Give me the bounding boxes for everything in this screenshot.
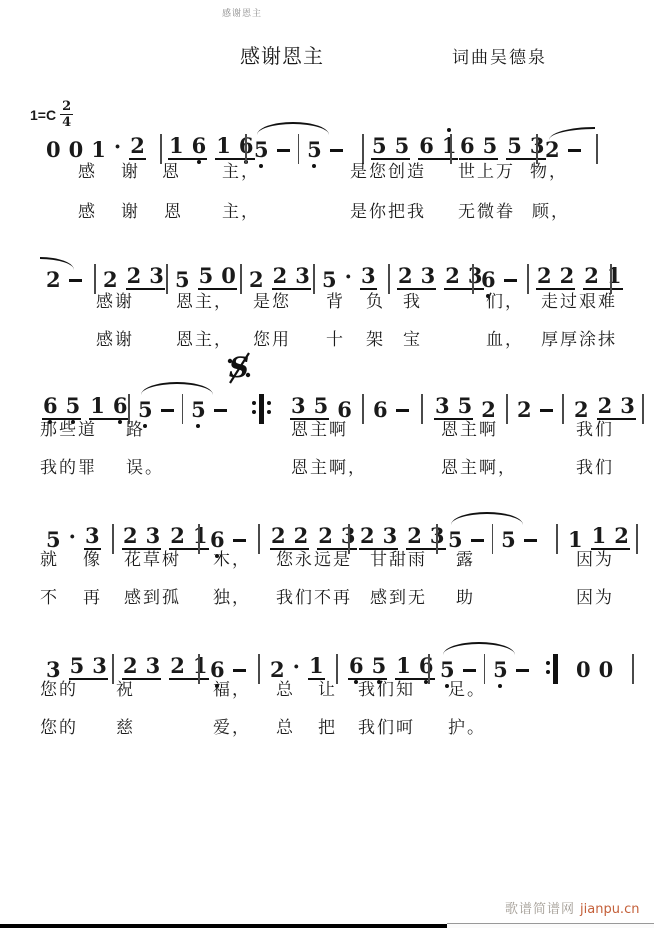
note: 5 (507, 135, 522, 156)
notes-group: 00 (576, 650, 613, 680)
note: 2 (127, 265, 142, 286)
tie-slur: 55 (448, 524, 537, 550)
barline (556, 524, 558, 554)
note: 0 (221, 265, 236, 286)
beamed-notes: 53 (69, 655, 108, 680)
notes-group (252, 390, 271, 420)
duration-dash (463, 669, 476, 672)
notes-group: 2323 (397, 260, 484, 290)
notes-group: 223 (103, 260, 165, 290)
lyric-word: 总 (276, 718, 295, 738)
beamed-notes: 35 (290, 395, 329, 420)
note: 2 (407, 525, 422, 546)
note: 3 (620, 395, 635, 416)
note: 2 (123, 655, 138, 676)
note: 2 (170, 525, 185, 546)
lyric-word: 恩主啊 (291, 420, 348, 440)
duration-dash (568, 149, 581, 152)
lyric-word: 您的 (40, 680, 78, 700)
note: 2 (271, 525, 286, 546)
beamed-notes: 23 (126, 265, 165, 290)
beamed-notes: 61 (418, 135, 457, 160)
barline (240, 264, 242, 294)
lyric-word: 无微眷 (458, 202, 515, 222)
barline (632, 654, 634, 684)
note: 5 (314, 395, 329, 416)
beamed-notes: 16 (215, 135, 254, 160)
barline (94, 264, 96, 294)
notes-group: 6516 (42, 390, 129, 420)
barline (258, 654, 260, 684)
note: 0 (576, 659, 591, 680)
beamed-notes: 21 (169, 525, 208, 550)
duration-dash (69, 279, 82, 282)
barline (596, 134, 598, 164)
notes-group (245, 130, 247, 160)
beamed-notes: 23 (272, 265, 311, 290)
note: 1 (193, 655, 208, 676)
notes-group (240, 260, 242, 290)
lyric-word: 露 (456, 550, 475, 570)
barline (198, 654, 200, 684)
lyric-word: 我的罪 (40, 458, 97, 478)
tie-slur: 55 (138, 394, 227, 420)
lyric-word: 您用 (253, 330, 291, 350)
notes-group (112, 650, 114, 680)
lyric-word: 误。 (126, 458, 164, 478)
note: 6 (481, 269, 496, 290)
notes-group: 2 (517, 390, 553, 420)
lyric-word: 您的 (40, 718, 78, 738)
lyric-word: 让 (318, 680, 337, 700)
note: 2 (584, 265, 599, 286)
lyric-word: 那些道 (40, 420, 97, 440)
barline (362, 394, 364, 424)
note: 1 (216, 135, 231, 156)
note: 3 (146, 655, 161, 676)
lyric-word: 谢 (121, 162, 140, 182)
note: 2 (294, 525, 309, 546)
note: 2 (545, 139, 560, 160)
notes-group: 5·3 (46, 520, 101, 550)
note: 2 (614, 525, 629, 546)
beamed-notes: 22 (536, 265, 575, 290)
lyric-word: 护。 (448, 718, 486, 738)
barline (536, 134, 538, 164)
note: 2 (270, 659, 285, 680)
repeat-dots (252, 401, 256, 414)
note: 2 (130, 135, 145, 156)
lyric-word: 走过艰难 (541, 292, 617, 312)
beamed-notes: 23 (359, 525, 398, 550)
barline (166, 264, 168, 294)
lyric-word: 祝 (116, 680, 135, 700)
lyric-word: 恩 (162, 162, 181, 182)
notes-group (128, 390, 130, 420)
notes-group (313, 260, 315, 290)
lyric-word: 我们知 (358, 680, 415, 700)
lyric-word: 把 (318, 718, 337, 738)
beamed-notes: 12 (591, 525, 630, 550)
duration-dash (214, 409, 227, 412)
site-name: 歌谱简谱网 (505, 902, 575, 917)
lyric-word: 是您创造 (350, 162, 426, 182)
repeat-end-sign (546, 654, 558, 680)
beamed-notes: 3 (84, 525, 101, 550)
note: 5 (70, 655, 85, 676)
note: 5 (483, 135, 498, 156)
lyric-word: 恩主啊 (441, 420, 498, 440)
notes-group (562, 390, 564, 420)
notes-group (450, 130, 452, 160)
lyric-word: 宝 (403, 330, 422, 350)
note: 5 (501, 529, 516, 550)
beamed-notes: 23 (122, 655, 161, 680)
notes-group: 6 (481, 260, 517, 290)
duration-dash (277, 149, 290, 152)
barline (112, 654, 114, 684)
note: 2 (103, 269, 118, 290)
lyric-word: 路 (126, 420, 145, 440)
beamed-notes: 21 (169, 655, 208, 680)
barline (421, 394, 423, 424)
meter-denominator: 4 (62, 115, 71, 129)
lyric-word: 我们 (576, 458, 614, 478)
notes-group (610, 260, 612, 290)
lyric-word: 谢 (121, 202, 140, 222)
note: 6 (113, 395, 128, 416)
note: 3 (46, 659, 61, 680)
lyric-word: 感 (78, 202, 97, 222)
lyric-word: 恩主， (176, 330, 233, 350)
lyric-word: 恩主啊， (441, 458, 517, 478)
composer-credit: 词曲吴德泉 (452, 43, 547, 68)
notes-group: 6553 (459, 130, 546, 160)
note: 5 (191, 399, 206, 420)
note: 2 (481, 399, 496, 420)
notes-group (348, 520, 350, 550)
note: 5 (448, 529, 463, 550)
duration-dash (233, 539, 246, 542)
barline (492, 524, 494, 554)
barline (362, 134, 364, 164)
note: 1 (568, 529, 583, 550)
lyric-word: 恩主， (176, 292, 233, 312)
lyric-word: 爱， (213, 718, 251, 738)
notes-group (112, 520, 114, 550)
note: 6 (349, 655, 364, 676)
beamed-notes: 16 (168, 135, 207, 160)
barline (160, 134, 162, 164)
note: 3 (295, 265, 310, 286)
beamed-notes: 50 (198, 265, 237, 290)
lyric-word: 感 (78, 162, 97, 182)
note: 1 (309, 655, 324, 676)
lyric-word: 像 (83, 550, 102, 570)
note: 6 (373, 399, 388, 420)
notes-group: 6 (373, 390, 409, 420)
notes-group (258, 650, 260, 680)
duration-dash (516, 669, 529, 672)
augmentation-dot: · (114, 136, 121, 157)
beamed-notes: 23 (397, 265, 436, 290)
notes-group (166, 260, 168, 290)
lyric-word: 您永远是 (276, 550, 352, 570)
barline (388, 264, 390, 294)
repeat-thick-bar (259, 394, 264, 424)
notes-group: 5·3 (322, 260, 377, 290)
lyric-word: 我们呵 (358, 718, 415, 738)
note: 3 (291, 395, 306, 416)
lyric-word: 总 (276, 680, 295, 700)
tie-slur: 55 (440, 654, 529, 680)
notes-group: 223 (249, 260, 311, 290)
barline (313, 264, 315, 294)
note: 2 (598, 395, 613, 416)
repeat-dots (267, 401, 271, 414)
lyric-word: 恩主啊， (291, 458, 367, 478)
notes-group: 6 (210, 520, 246, 550)
barline (472, 264, 474, 294)
notes-group (472, 260, 474, 290)
barline (610, 264, 612, 294)
lyric-word: 花草树 (124, 550, 181, 570)
note: 6 (460, 135, 475, 156)
notes-group (388, 260, 390, 290)
lyric-word: 主， (222, 162, 260, 182)
lyric-word: 感到孤 (124, 588, 181, 608)
notes-group: 2·1 (270, 650, 325, 680)
beamed-notes: 23 (444, 265, 483, 290)
note: 3 (421, 265, 436, 286)
segno-icon: S (226, 350, 252, 386)
note: 3 (383, 525, 398, 546)
note: 0 (599, 659, 614, 680)
bottom-divider-black (0, 924, 447, 928)
notes-group: 112 (568, 520, 630, 550)
beamed-notes: 16 (89, 395, 128, 420)
notes-group (527, 260, 529, 290)
beamed-notes: 35 (434, 395, 473, 420)
lyric-word: 感谢 (96, 292, 134, 312)
note: 2 (46, 269, 61, 290)
notes-group: 001·2 (46, 130, 146, 160)
site-link[interactable]: jianpu.cn (580, 902, 639, 917)
lyric-word: 再 (83, 588, 102, 608)
note: 2 (560, 265, 575, 286)
barline (636, 524, 638, 554)
notes-group (436, 520, 438, 550)
note: 3 (361, 265, 376, 286)
lyric-word: 们， (486, 292, 524, 312)
duration-dash (524, 539, 537, 542)
repeat-dots (546, 661, 550, 674)
barline (450, 134, 452, 164)
note: 6 (210, 659, 225, 680)
note: 2 (360, 525, 375, 546)
barline (428, 654, 430, 684)
duration-dash (396, 409, 409, 412)
notes-group (198, 520, 200, 550)
barline (506, 394, 508, 424)
note: 1 (592, 525, 607, 546)
notes-group (94, 260, 96, 290)
note: 3 (146, 525, 161, 546)
lyric-word: 背 (326, 292, 345, 312)
notes-group: 55 (448, 520, 537, 550)
tie-slur: 2 (46, 269, 82, 290)
beamed-notes: 65 (42, 395, 81, 420)
note: 2 (445, 265, 460, 286)
lyric-word: 因为 (576, 588, 614, 608)
note: 0 (69, 139, 84, 160)
note: 2 (318, 525, 333, 546)
note: 3 (435, 395, 450, 416)
lyric-word: 甘甜雨 (370, 550, 427, 570)
beamed-notes: 23 (406, 525, 445, 550)
note: 5 (307, 139, 322, 160)
augmentation-dot: · (69, 526, 76, 547)
note: 2 (537, 265, 552, 286)
beamed-notes: 23 (317, 525, 356, 550)
notes-group: 356 (290, 390, 352, 420)
note: 5 (458, 395, 473, 416)
repeat-start-sign (252, 394, 271, 420)
beamed-notes: 23 (597, 395, 636, 420)
lyric-word: 物， (530, 162, 568, 182)
lyric-word: 感谢 (96, 330, 134, 350)
note: 5 (46, 529, 61, 550)
lyric-word: 因为 (576, 550, 614, 570)
lyric-word: 独， (213, 588, 251, 608)
lyric-word: 顾， (532, 202, 570, 222)
notes-group: 2321 (122, 520, 209, 550)
note: 1 (396, 655, 411, 676)
barline (198, 524, 200, 554)
barline (436, 524, 438, 554)
beamed-notes: 65 (459, 135, 498, 160)
barline (562, 394, 564, 424)
notes-group: 353 (46, 650, 108, 680)
lyric-word: 是你把我 (350, 202, 426, 222)
notes-group (258, 520, 260, 550)
barline (527, 264, 529, 294)
duration-dash (504, 279, 517, 282)
notes-group (536, 130, 538, 160)
note: 2 (517, 399, 532, 420)
lyric-word: 厚厚涂抹 (541, 330, 617, 350)
notes-group (596, 130, 598, 160)
notes-group (632, 650, 634, 680)
notes-group (362, 130, 364, 160)
augmentation-dot: · (345, 266, 352, 287)
page-header-label: 感谢恩主 (222, 6, 262, 19)
note: 5 (322, 269, 337, 290)
barline (258, 524, 260, 554)
note: 5 (493, 659, 508, 680)
beamed-notes: 21 (583, 265, 622, 290)
note: 5 (138, 399, 153, 420)
note: 2 (273, 265, 288, 286)
beamed-notes: 65 (348, 655, 387, 680)
lyric-word: 是您 (253, 292, 291, 312)
note: 5 (175, 269, 190, 290)
notes-group: 55 (138, 390, 227, 420)
note: 3 (149, 265, 164, 286)
lyric-word: 就 (40, 550, 59, 570)
notes-group: 2323 (359, 520, 446, 550)
note: 6 (192, 135, 207, 156)
lyric-word: 我 (403, 292, 422, 312)
notes-group: 6516 (348, 650, 435, 680)
duration-dash (330, 149, 343, 152)
lyric-word: 慈 (116, 718, 135, 738)
lyric-word: 架 (366, 330, 385, 350)
note: 2 (170, 655, 185, 676)
notes-group: 55 (254, 130, 343, 160)
key-label: 1=C (30, 107, 56, 123)
beamed-notes: 55 (371, 135, 410, 160)
note: 6 (43, 395, 58, 416)
notes-group (160, 130, 162, 160)
notes-group (428, 650, 430, 680)
notes-group (546, 650, 558, 680)
lyric-word: 主， (222, 202, 260, 222)
notes-group: 5561 (371, 130, 458, 160)
duration-dash (233, 669, 246, 672)
note: 6 (419, 655, 434, 676)
beamed-notes: 23 (122, 525, 161, 550)
notes-group: 55 (440, 650, 529, 680)
barline (112, 524, 114, 554)
lyric-word: 我们 (576, 420, 614, 440)
note: 2 (123, 525, 138, 546)
notes-group: 2 (46, 260, 82, 290)
notes-group: 550 (175, 260, 237, 290)
augmentation-dot: · (293, 656, 300, 677)
beamed-notes: 3 (360, 265, 377, 290)
note: 6 (419, 135, 434, 156)
notes-group: 1616 (168, 130, 255, 160)
note: 5 (199, 265, 214, 286)
notes-group: 2 (545, 130, 581, 160)
note: 5 (395, 135, 410, 156)
beamed-notes: 2 (129, 135, 146, 160)
bottom-divider-gray (447, 923, 654, 928)
song-title: 感谢恩主 (240, 40, 324, 69)
duration-dash (540, 409, 553, 412)
note: 5 (66, 395, 81, 416)
notes-group: 2223 (270, 520, 357, 550)
tie-slur: 55 (254, 134, 343, 160)
note: 1 (91, 139, 106, 160)
note: 2 (574, 399, 589, 420)
note: 1 (169, 135, 184, 156)
duration-dash (471, 539, 484, 542)
site-watermark: 歌谱简谱网jianpu.cn (505, 898, 639, 917)
notes-group (636, 520, 638, 550)
time-signature: 2 4 (60, 100, 73, 129)
lyric-word: 福， (213, 680, 251, 700)
note: 6 (210, 529, 225, 550)
barline (245, 134, 247, 164)
lyric-word: 血， (486, 330, 524, 350)
notes-group: 223 (574, 390, 636, 420)
note: 5 (254, 139, 269, 160)
lyric-word: 负 (366, 292, 385, 312)
notes-group (642, 390, 644, 420)
notes-group (506, 390, 508, 420)
